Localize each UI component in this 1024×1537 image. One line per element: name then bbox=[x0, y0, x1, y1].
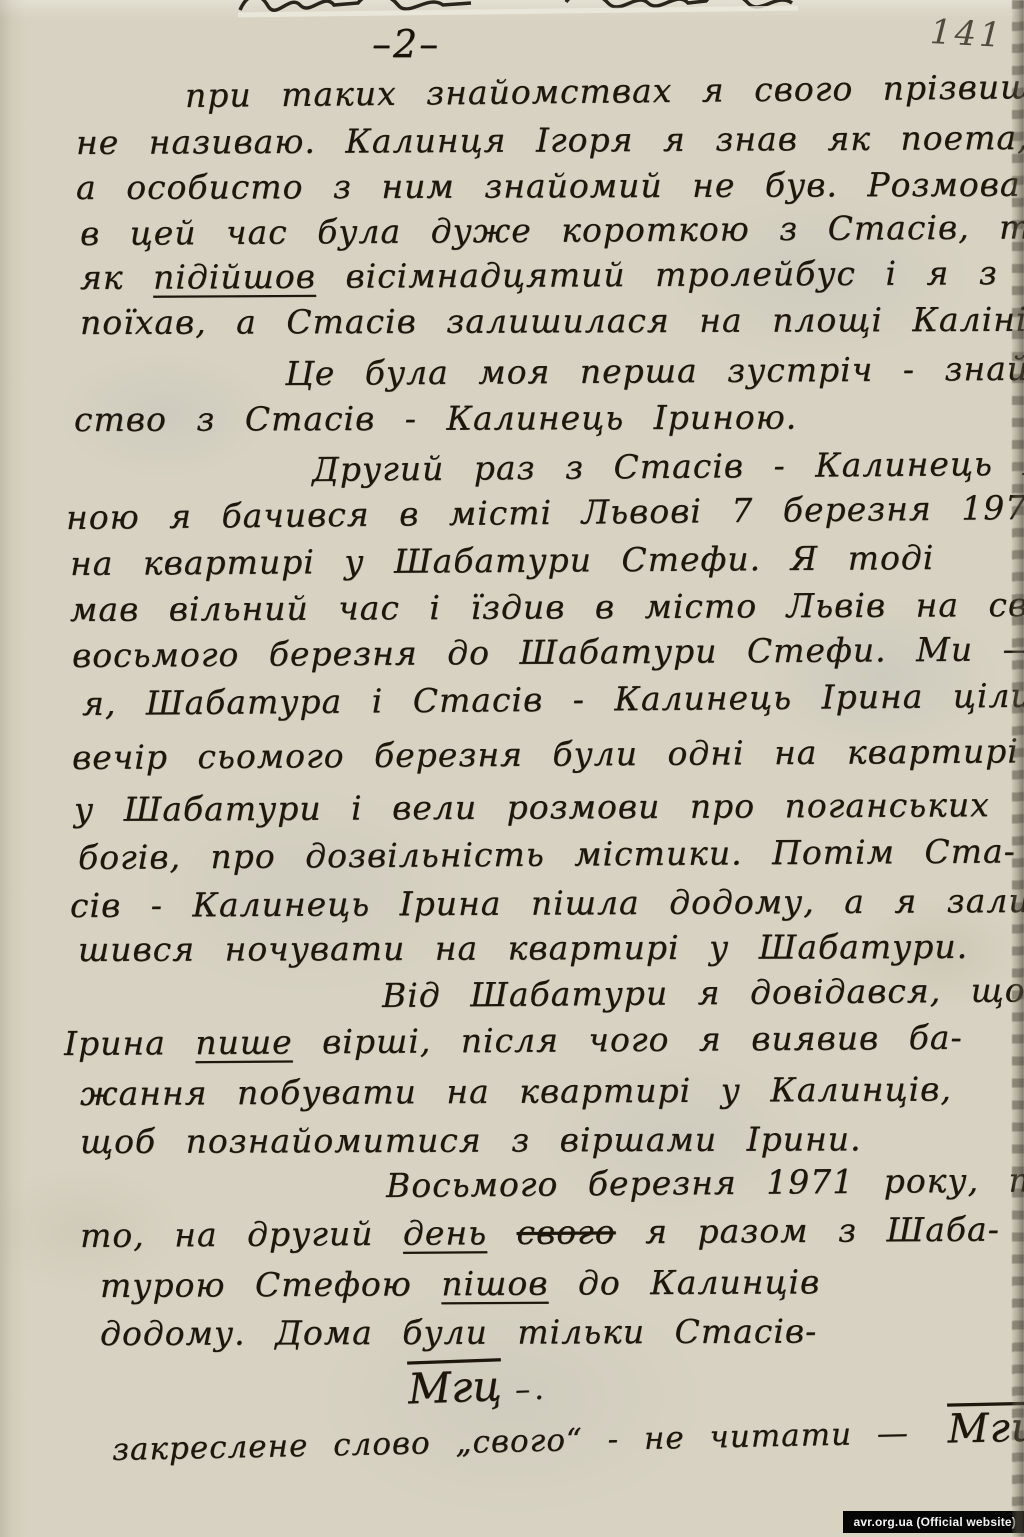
handwritten-line: Ірина пише вірші, після чого я виявив ба… bbox=[64, 1020, 963, 1063]
handwritten-line: то, на другий день свого я разом з Шаба- bbox=[80, 1212, 1000, 1255]
handwritten-line: у Шабатури і вели розмови про поганських bbox=[74, 787, 990, 828]
page-number-marker: –2– bbox=[372, 22, 440, 66]
handwritten-line: восьмого березня до Шабатури Стефи. Ми — bbox=[72, 631, 1024, 674]
handwritten-line: шився ночувати на квартирі у Шабатури. bbox=[78, 929, 968, 968]
handwritten-line: як підійшов вісімнадцятий тролейбус і я … bbox=[80, 254, 1024, 296]
handwritten-line: поїхав, а Стасів залишилася на площі Кал… bbox=[80, 302, 1024, 342]
handwritten-line: Це була моя перша зустріч - знайом- bbox=[285, 350, 1024, 392]
signature: Мгц –. bbox=[407, 1360, 548, 1414]
handwritten-line: богів, про дозвільність містики. Потім С… bbox=[78, 833, 1016, 876]
handwritten-line: я, Шабатура і Стасів - Калинець Ірина ці… bbox=[82, 678, 1024, 723]
handwritten-line: ство з Стасів - Калинець Іриною. bbox=[74, 399, 797, 438]
source-watermark: avr.org.ua (Official website) bbox=[843, 1511, 1024, 1533]
correction-note: закреслене слово „свого“ - не читати — М… bbox=[112, 1405, 1024, 1470]
handwritten-line: Від Шабатури я довідався, що bbox=[382, 972, 1024, 1014]
handwritten-line: в цей час була дуже короткою з Стасів, т… bbox=[80, 209, 1024, 252]
folio-number: 141 bbox=[929, 12, 1005, 56]
handwritten-line: на квартирі у Шабатури Стефи. Я тоді bbox=[70, 540, 935, 582]
handwritten-line: жання побувати на квартирі у Калинців, bbox=[80, 1071, 952, 1112]
correction-note-text: закреслене слово „свого“ - не читати — bbox=[112, 1415, 910, 1468]
signature-initials: Мгц bbox=[407, 1361, 502, 1413]
handwritten-line: при таких знайомствах я свого прізвища— bbox=[185, 69, 1024, 115]
handwritten-line: щоб познайомитися з віршами Ірини. bbox=[80, 1121, 862, 1160]
handwritten-line: вечір сьомого березня були одні на кварт… bbox=[72, 733, 1019, 776]
handwritten-line: сів - Калинець Ірина пішла додому, а я з… bbox=[70, 883, 1024, 924]
scanned-document-page: –2– 141 при таких знайомствах я свого пр… bbox=[0, 0, 1024, 1537]
handwritten-line: мав вільний час і їздив в місто Львів на… bbox=[70, 587, 1024, 629]
handwritten-line: додому. Дома були тільки Стасів- bbox=[100, 1313, 817, 1352]
handwritten-line: Другий раз з Стасів - Калинець Іри- bbox=[312, 445, 1024, 488]
correction-note-signature: Мгц bbox=[947, 1405, 1024, 1453]
handwritten-line: ною я бачився в місті Львові 7 березня 1… bbox=[66, 489, 1024, 537]
handwritten-line: не називаю. Калинця Ігоря я знав як поет… bbox=[76, 120, 1024, 161]
handwritten-line: а особисто з ним знайомий не був. Розмов… bbox=[76, 167, 1021, 207]
handwritten-line: Восьмого березня 1971 року, тоб- bbox=[386, 1162, 1024, 1204]
signature-dash: –. bbox=[514, 1372, 548, 1408]
handwritten-line: турою Стефою пішов до Калинців bbox=[100, 1264, 820, 1304]
